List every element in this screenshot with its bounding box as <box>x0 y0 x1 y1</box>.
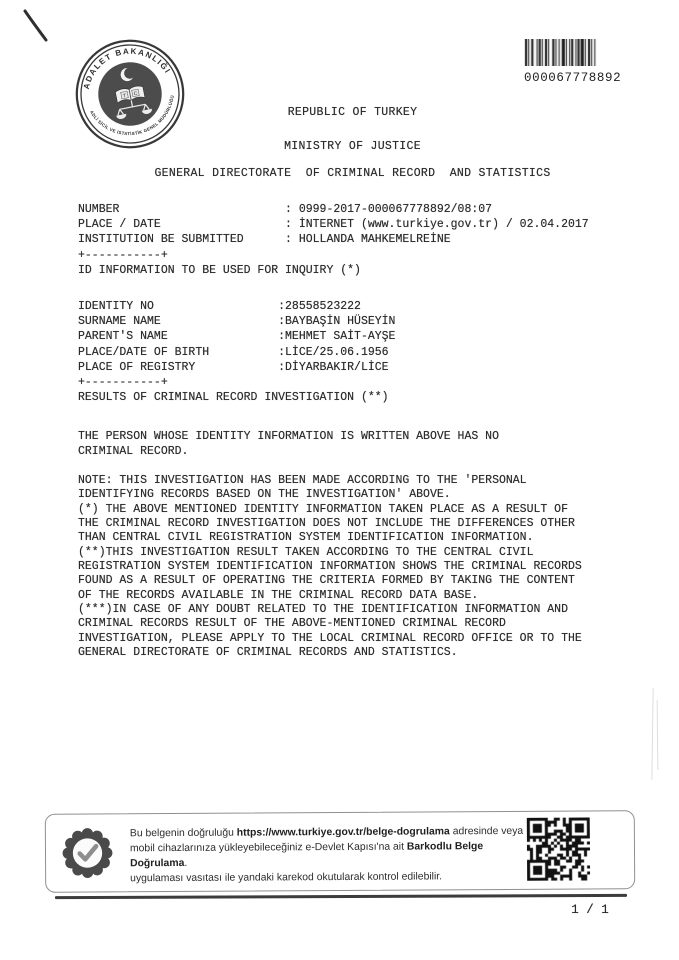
verification-box: Bu belgenin doğruluğu https://www.turkiy… <box>45 810 635 893</box>
barcode-number: 000067778892 <box>524 71 624 85</box>
barcode-bars-icon <box>524 39 620 66</box>
verification-line-3: uygulaması vasıtası ile yandaki karekod … <box>130 870 530 887</box>
header-republic: REPUBLIC OF TURKEY <box>30 106 675 119</box>
result-statement: THE PERSON WHOSE IDENTITY INFORMATION IS… <box>78 429 499 459</box>
verified-check-badge-icon <box>60 825 115 880</box>
notes-block: NOTE: THIS INVESTIGATION HAS BEEN MADE A… <box>78 474 582 660</box>
header-directorate: GENERAL DIRECTORATE OF CRIMINAL RECORD A… <box>30 167 675 180</box>
verification-url: https://www.turkiye.gov.tr/belge-dogrula… <box>237 826 450 838</box>
verification-text: Bu belgenin doğruluğu https://www.turkiy… <box>130 825 530 887</box>
corner-pen-mark <box>14 4 64 54</box>
footer-rule <box>55 894 627 899</box>
verification-line-2: mobil cihazlarınıza yükleyebileceğiniz e… <box>130 840 530 872</box>
header-ministry: MINISTRY OF JUSTICE <box>30 140 675 153</box>
page-indicator: 1 / 1 <box>560 903 620 917</box>
scan-artifact <box>651 688 653 780</box>
document-barcode: 000067778892 <box>524 39 624 85</box>
qr-code-icon <box>527 817 590 880</box>
identity-info-block: IDENTITY NO :28558523222 SURNAME NAME :B… <box>78 299 395 405</box>
request-info-block: NUMBER : 0999-2017-000067778892/08:07 PL… <box>78 202 589 278</box>
scan-artifact <box>657 700 659 770</box>
